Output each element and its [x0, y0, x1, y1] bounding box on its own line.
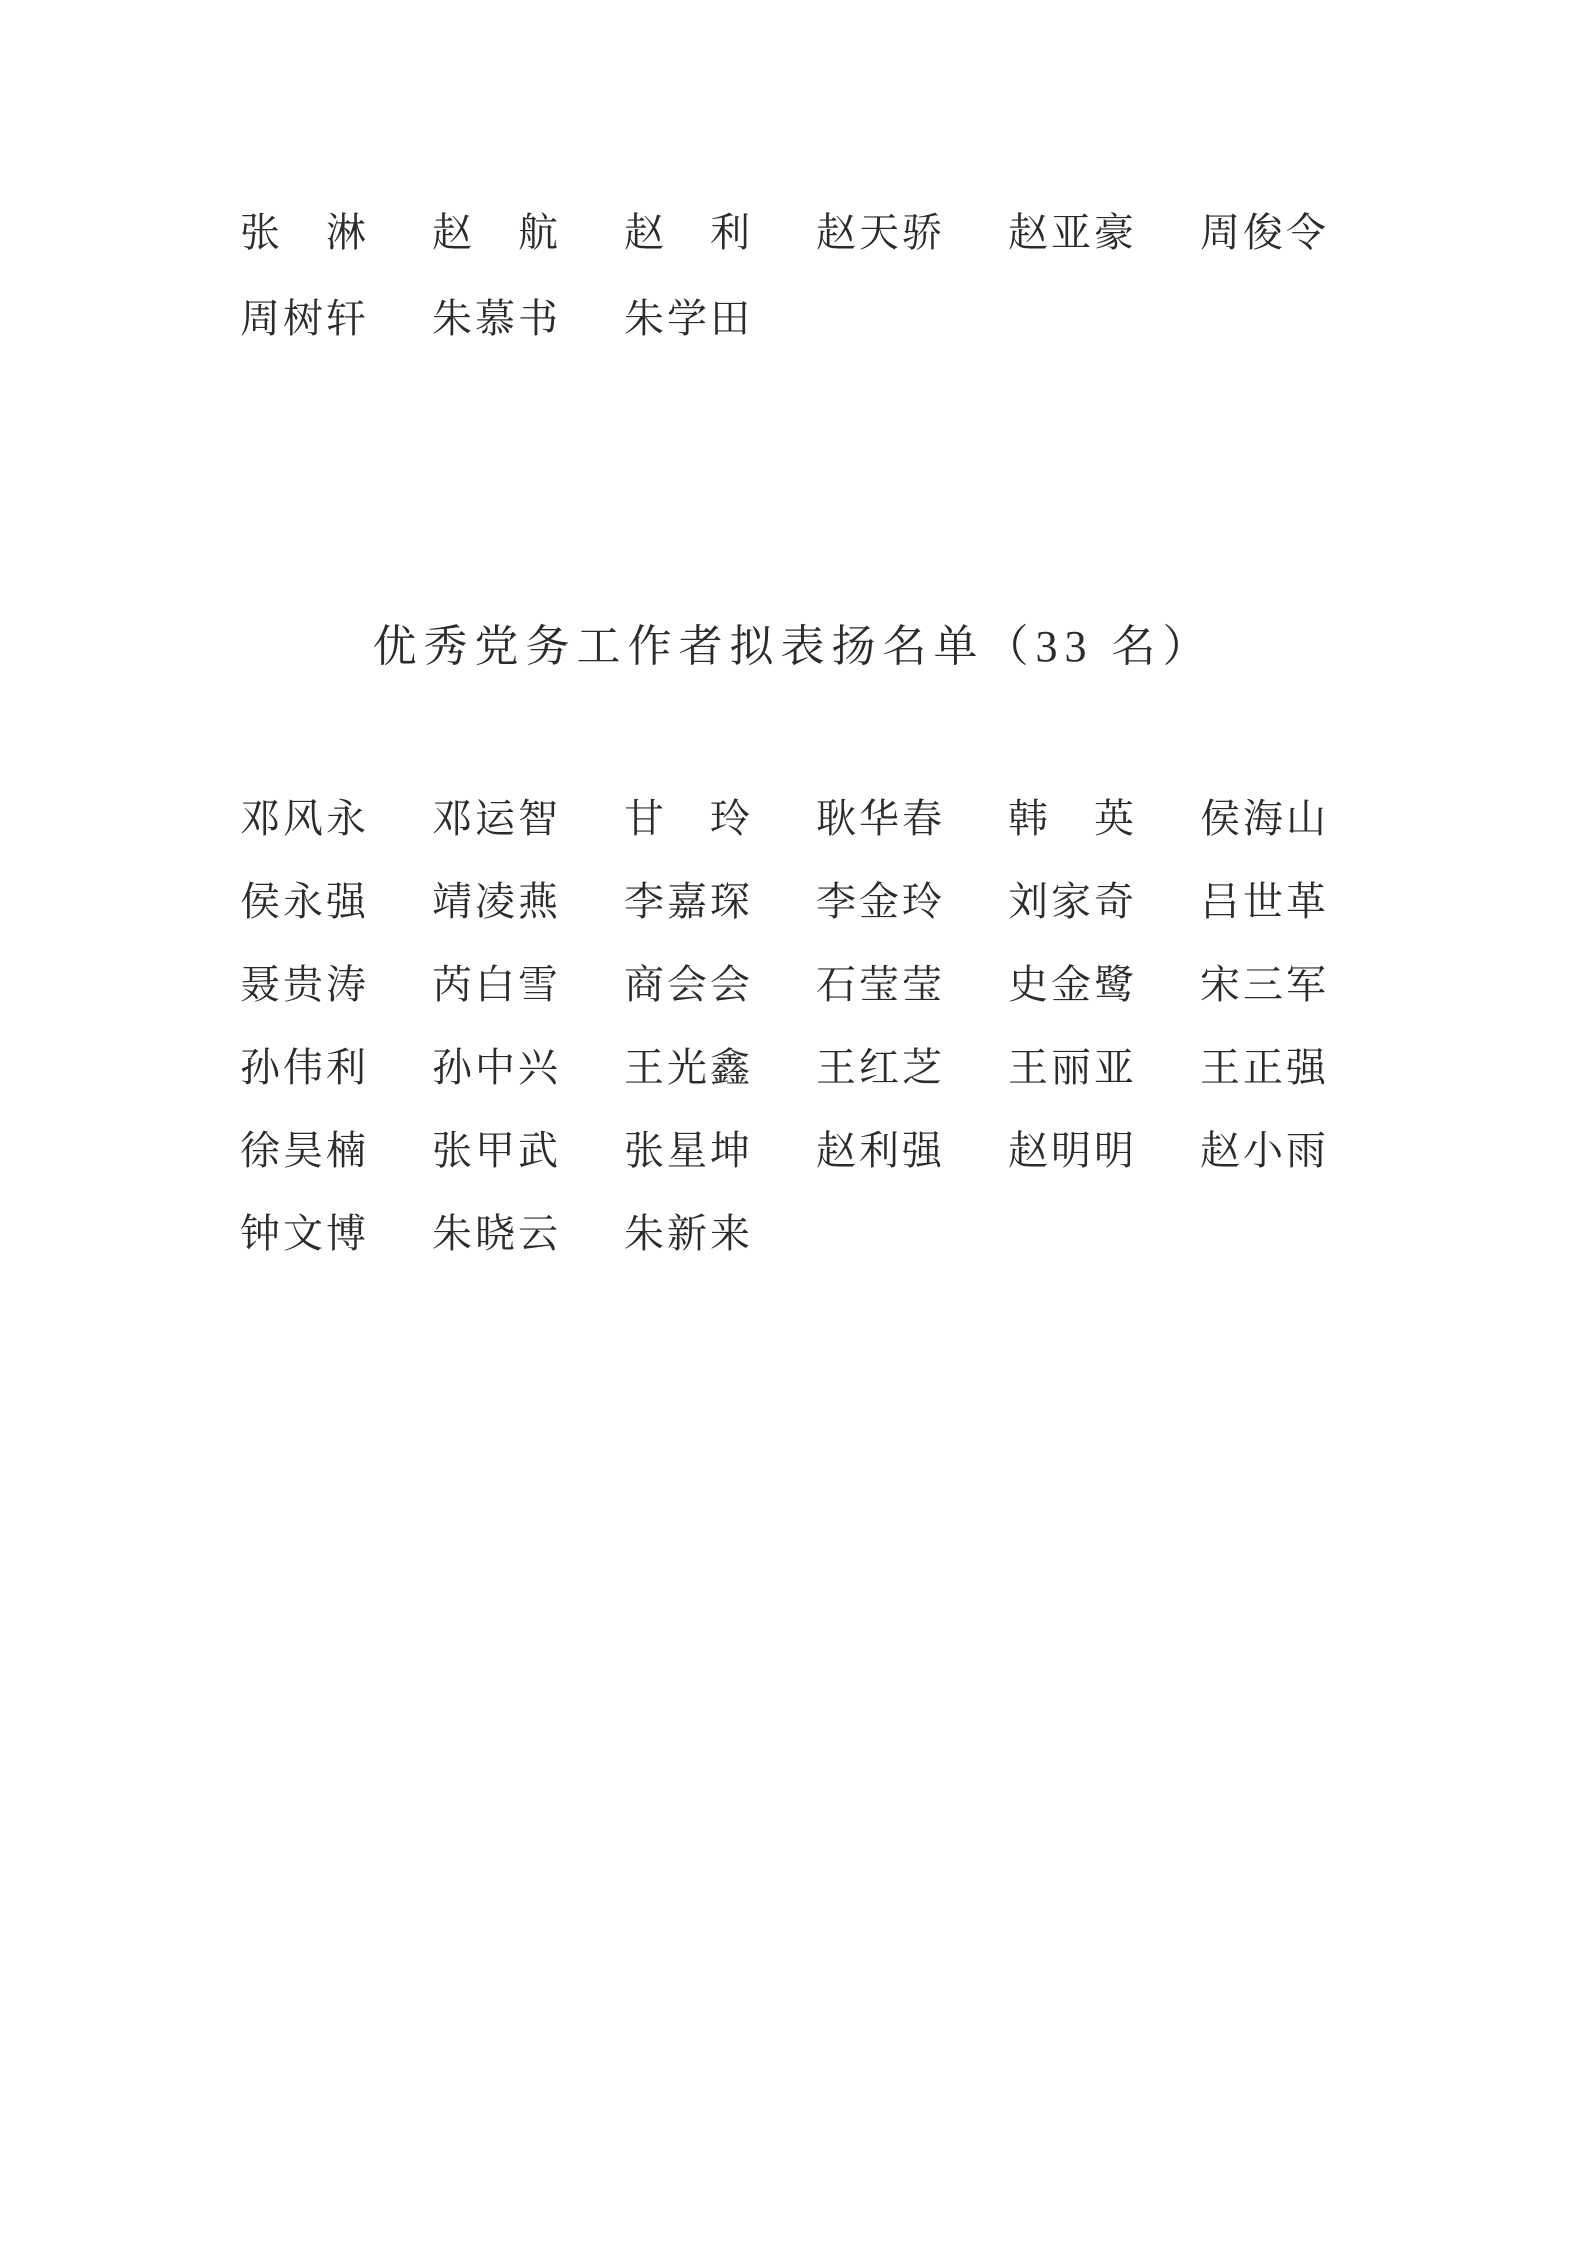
name-cell: 周俊令 — [1200, 190, 1392, 276]
name-cell: 侯海山 — [1200, 777, 1392, 860]
name-cell: 朱晓云 — [432, 1192, 624, 1275]
name-cell: 钟文博 — [240, 1192, 432, 1275]
name-cell: 邓风永 — [240, 777, 432, 860]
name-cell: 朱新来 — [624, 1192, 816, 1275]
name-cell: 王正强 — [1200, 1026, 1392, 1109]
name-cell: 王丽亚 — [1008, 1026, 1200, 1109]
name-cell: 朱学田 — [624, 276, 816, 362]
name-cell: 朱慕书 — [432, 276, 624, 362]
name-cell: 王光鑫 — [624, 1026, 816, 1109]
name-row: 邓风永 邓运智 甘 玲 耿华春 韩 英 侯海山 — [240, 777, 1586, 860]
name-cell: 耿华春 — [816, 777, 1008, 860]
name-cell: 刘家奇 — [1008, 860, 1200, 943]
name-cell: 赵亚豪 — [1008, 190, 1200, 276]
name-cell: 赵天骄 — [816, 190, 1008, 276]
name-cell: 周树轩 — [240, 276, 432, 362]
name-cell: 史金鹭 — [1008, 943, 1200, 1026]
name-cell: 赵小雨 — [1200, 1109, 1392, 1192]
name-cell: 韩 英 — [1008, 777, 1200, 860]
name-row: 徐昊楠 张甲武 张星坤 赵利强 赵明明 赵小雨 — [240, 1109, 1586, 1192]
name-cell: 聂贵涛 — [240, 943, 432, 1026]
name-row: 张 淋 赵 航 赵 利 赵天骄 赵亚豪 周俊令 — [240, 190, 1586, 276]
name-cell: 靖凌燕 — [432, 860, 624, 943]
section-title: 优秀党务工作者拟表扬名单（33 名） — [0, 601, 1586, 693]
name-row: 侯永强 靖凌燕 李嘉琛 李金玲 刘家奇 吕世革 — [240, 860, 1586, 943]
name-cell: 芮白雪 — [432, 943, 624, 1026]
name-cell: 赵利强 — [816, 1109, 1008, 1192]
name-row: 钟文博 朱晓云 朱新来 — [240, 1192, 1586, 1275]
name-cell: 张星坤 — [624, 1109, 816, 1192]
name-cell: 赵 利 — [624, 190, 816, 276]
name-cell: 张甲武 — [432, 1109, 624, 1192]
name-cell: 孙伟利 — [240, 1026, 432, 1109]
name-cell: 李金玲 — [816, 860, 1008, 943]
name-cell: 李嘉琛 — [624, 860, 816, 943]
name-cell: 邓运智 — [432, 777, 624, 860]
name-cell: 赵明明 — [1008, 1109, 1200, 1192]
name-cell: 石莹莹 — [816, 943, 1008, 1026]
name-cell: 商会会 — [624, 943, 816, 1026]
previous-list-continuation: 张 淋 赵 航 赵 利 赵天骄 赵亚豪 周俊令 周树轩 朱慕书 朱学田 — [240, 190, 1586, 362]
name-row: 周树轩 朱慕书 朱学田 — [240, 276, 1586, 362]
name-row: 聂贵涛 芮白雪 商会会 石莹莹 史金鹭 宋三军 — [240, 943, 1586, 1026]
name-cell: 宋三军 — [1200, 943, 1392, 1026]
name-cell: 王红芝 — [816, 1026, 1008, 1109]
document-page: 张 淋 赵 航 赵 利 赵天骄 赵亚豪 周俊令 周树轩 朱慕书 朱学田 优秀党务… — [0, 0, 1586, 2244]
name-cell: 吕世革 — [1200, 860, 1392, 943]
name-cell: 侯永强 — [240, 860, 432, 943]
name-cell: 张 淋 — [240, 190, 432, 276]
commendation-name-list: 邓风永 邓运智 甘 玲 耿华春 韩 英 侯海山 侯永强 靖凌燕 李嘉琛 李金玲 … — [240, 777, 1586, 1275]
name-cell: 赵 航 — [432, 190, 624, 276]
name-cell: 孙中兴 — [432, 1026, 624, 1109]
name-cell: 徐昊楠 — [240, 1109, 432, 1192]
name-row: 孙伟利 孙中兴 王光鑫 王红芝 王丽亚 王正强 — [240, 1026, 1586, 1109]
name-cell: 甘 玲 — [624, 777, 816, 860]
